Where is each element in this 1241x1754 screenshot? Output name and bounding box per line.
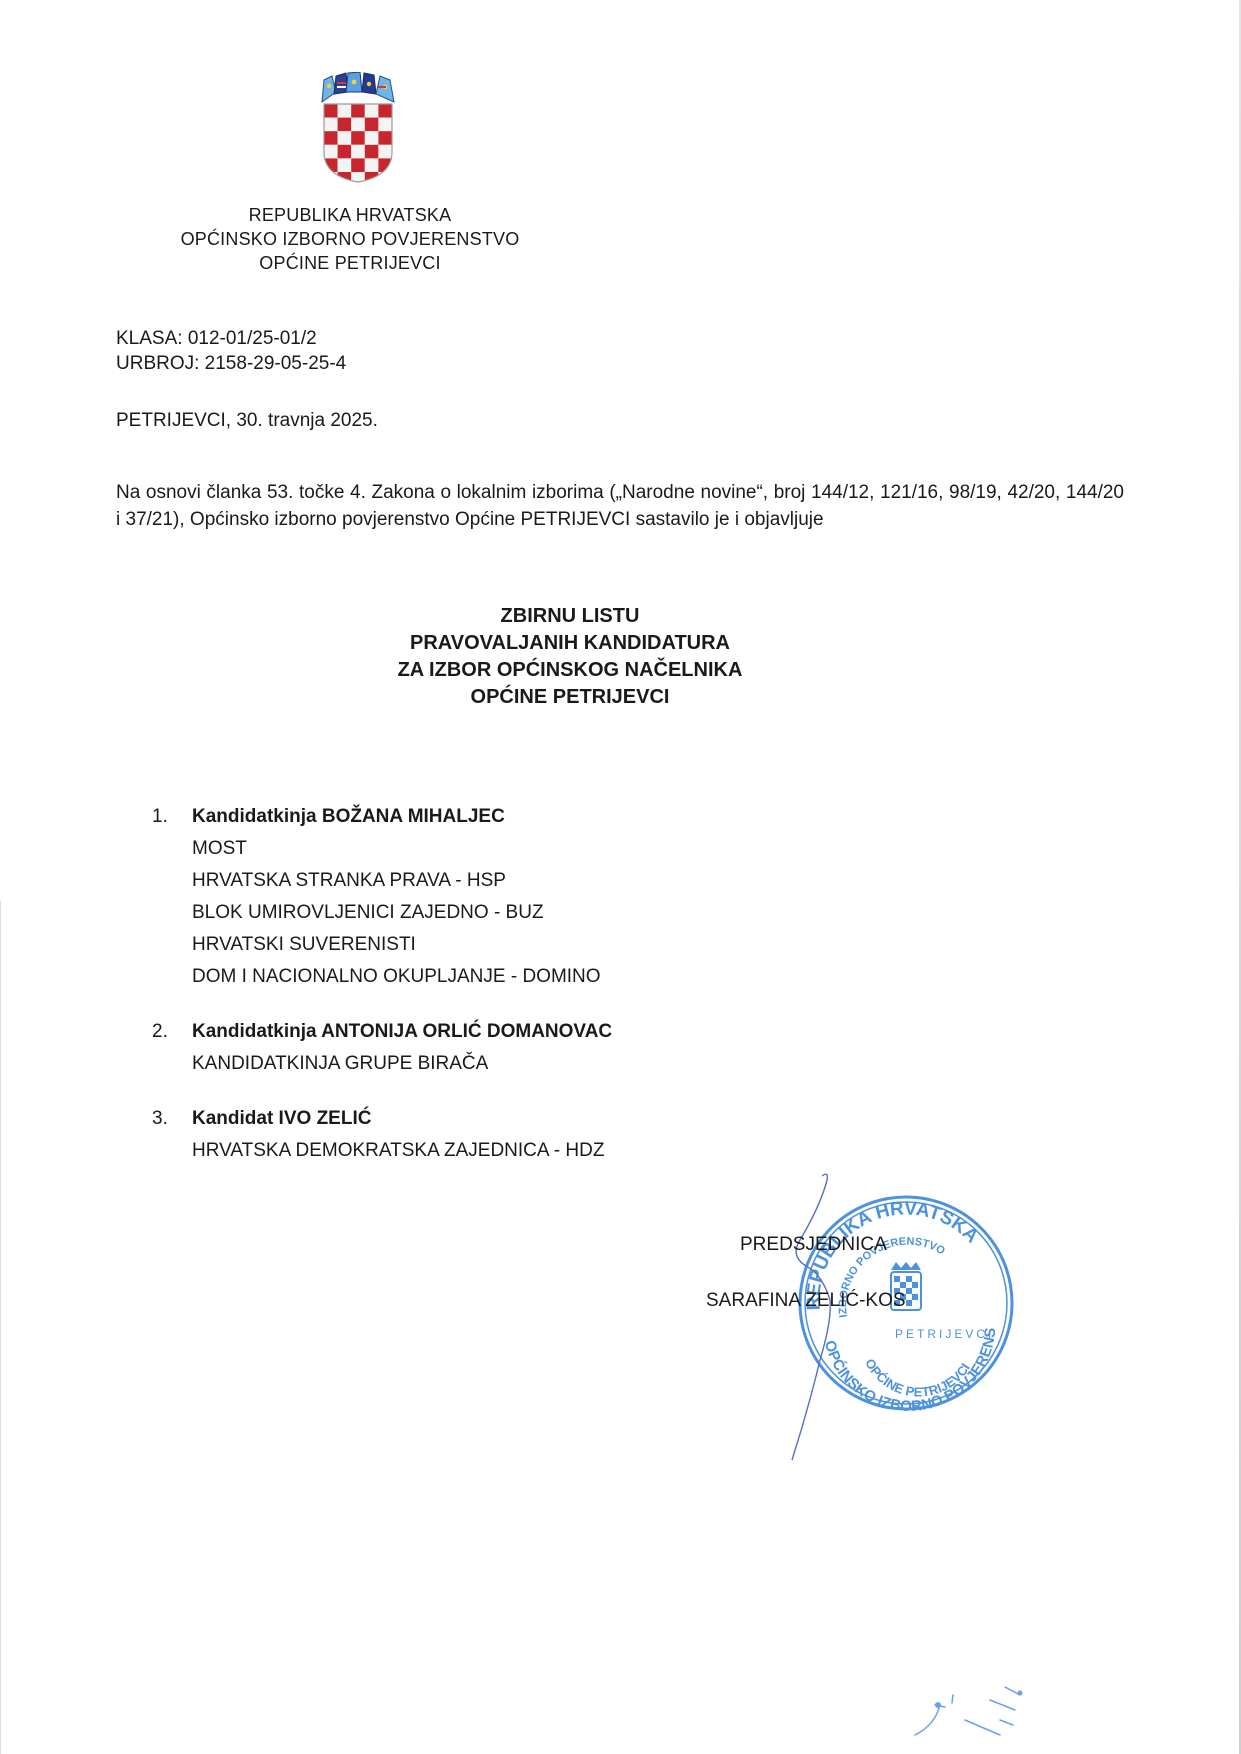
- stamp-bleed-mark: [905, 1665, 1045, 1745]
- candidate-number: 1.: [152, 801, 192, 833]
- coat-of-arms-icon: [318, 72, 398, 184]
- place-date: PETRIJEVCI, 30. travnja 2025.: [116, 408, 378, 433]
- stamp-center: PETRIJEVCI: [895, 1327, 994, 1341]
- klasa: KLASA: 012-01/25-01/2: [116, 326, 346, 351]
- candidate-number: 3.: [152, 1103, 192, 1135]
- header-line-republic: REPUBLIKA HRVATSKA: [150, 203, 550, 227]
- candidate-item: 1. Kandidatkinja BOŽANA MIHALJEC MOST HR…: [152, 801, 852, 993]
- candidate-name: Kandidatkinja ANTONIJA ORLIĆ DOMANOVAC: [192, 1016, 612, 1048]
- legal-basis-paragraph: Na osnovi članka 53. točke 4. Zakona o l…: [116, 479, 1124, 533]
- candidate-name: Kandidat IVO ZELIĆ: [192, 1103, 371, 1135]
- urbroj: URBROJ: 2158-29-05-25-4: [116, 351, 346, 376]
- candidate-party: KANDIDATKINJA GRUPE BIRAČA: [152, 1048, 852, 1080]
- candidate-party: MOST: [152, 833, 852, 865]
- candidate-party: HRVATSKA DEMOKRATSKA ZAJEDNICA - HDZ: [152, 1135, 852, 1167]
- candidate-item: 3. Kandidat IVO ZELIĆ HRVATSKA DEMOKRATS…: [152, 1103, 852, 1167]
- signature-icon: [760, 1170, 860, 1470]
- signatory-name: SARAFINA ZELIĆ-KOS: [706, 1288, 906, 1313]
- title-line-1: ZBIRNU LISTU: [350, 603, 790, 630]
- signatory-role: PREDSJEDNICA: [740, 1232, 887, 1257]
- scan-edge: [0, 900, 1, 1754]
- title-line-4: OPĆINE PETRIJEVCI: [350, 684, 790, 711]
- candidate-list: 1. Kandidatkinja BOŽANA MIHALJEC MOST HR…: [152, 801, 852, 1190]
- title-line-3: ZA IZBOR OPĆINSKOG NAČELNIKA: [350, 657, 790, 684]
- document-title: ZBIRNU LISTU PRAVOVALJANIH KANDIDATURA Z…: [350, 603, 790, 711]
- header-line-municipality: OPĆINE PETRIJEVCI: [150, 251, 550, 275]
- candidate-number: 2.: [152, 1016, 192, 1048]
- candidate-party: HRVATSKA STRANKA PRAVA - HSP: [152, 865, 852, 897]
- title-line-2: PRAVOVALJANIH KANDIDATURA: [350, 630, 790, 657]
- reference-numbers: KLASA: 012-01/25-01/2 URBROJ: 2158-29-05…: [116, 326, 346, 376]
- candidate-party: DOM I NACIONALNO OKUPLJANJE - DOMINO: [152, 961, 852, 993]
- candidate-item: 2. Kandidatkinja ANTONIJA ORLIĆ DOMANOVA…: [152, 1016, 852, 1080]
- issuer-header: REPUBLIKA HRVATSKA OPĆINSKO IZBORNO POVJ…: [150, 203, 550, 275]
- header-line-commission: OPĆINSKO IZBORNO POVJERENSTVO: [150, 227, 550, 251]
- candidate-party: BLOK UMIROVLJENICI ZAJEDNO - BUZ: [152, 897, 852, 929]
- candidate-party: HRVATSKI SUVERENISTI: [152, 929, 852, 961]
- candidate-name: Kandidatkinja BOŽANA MIHALJEC: [192, 801, 505, 833]
